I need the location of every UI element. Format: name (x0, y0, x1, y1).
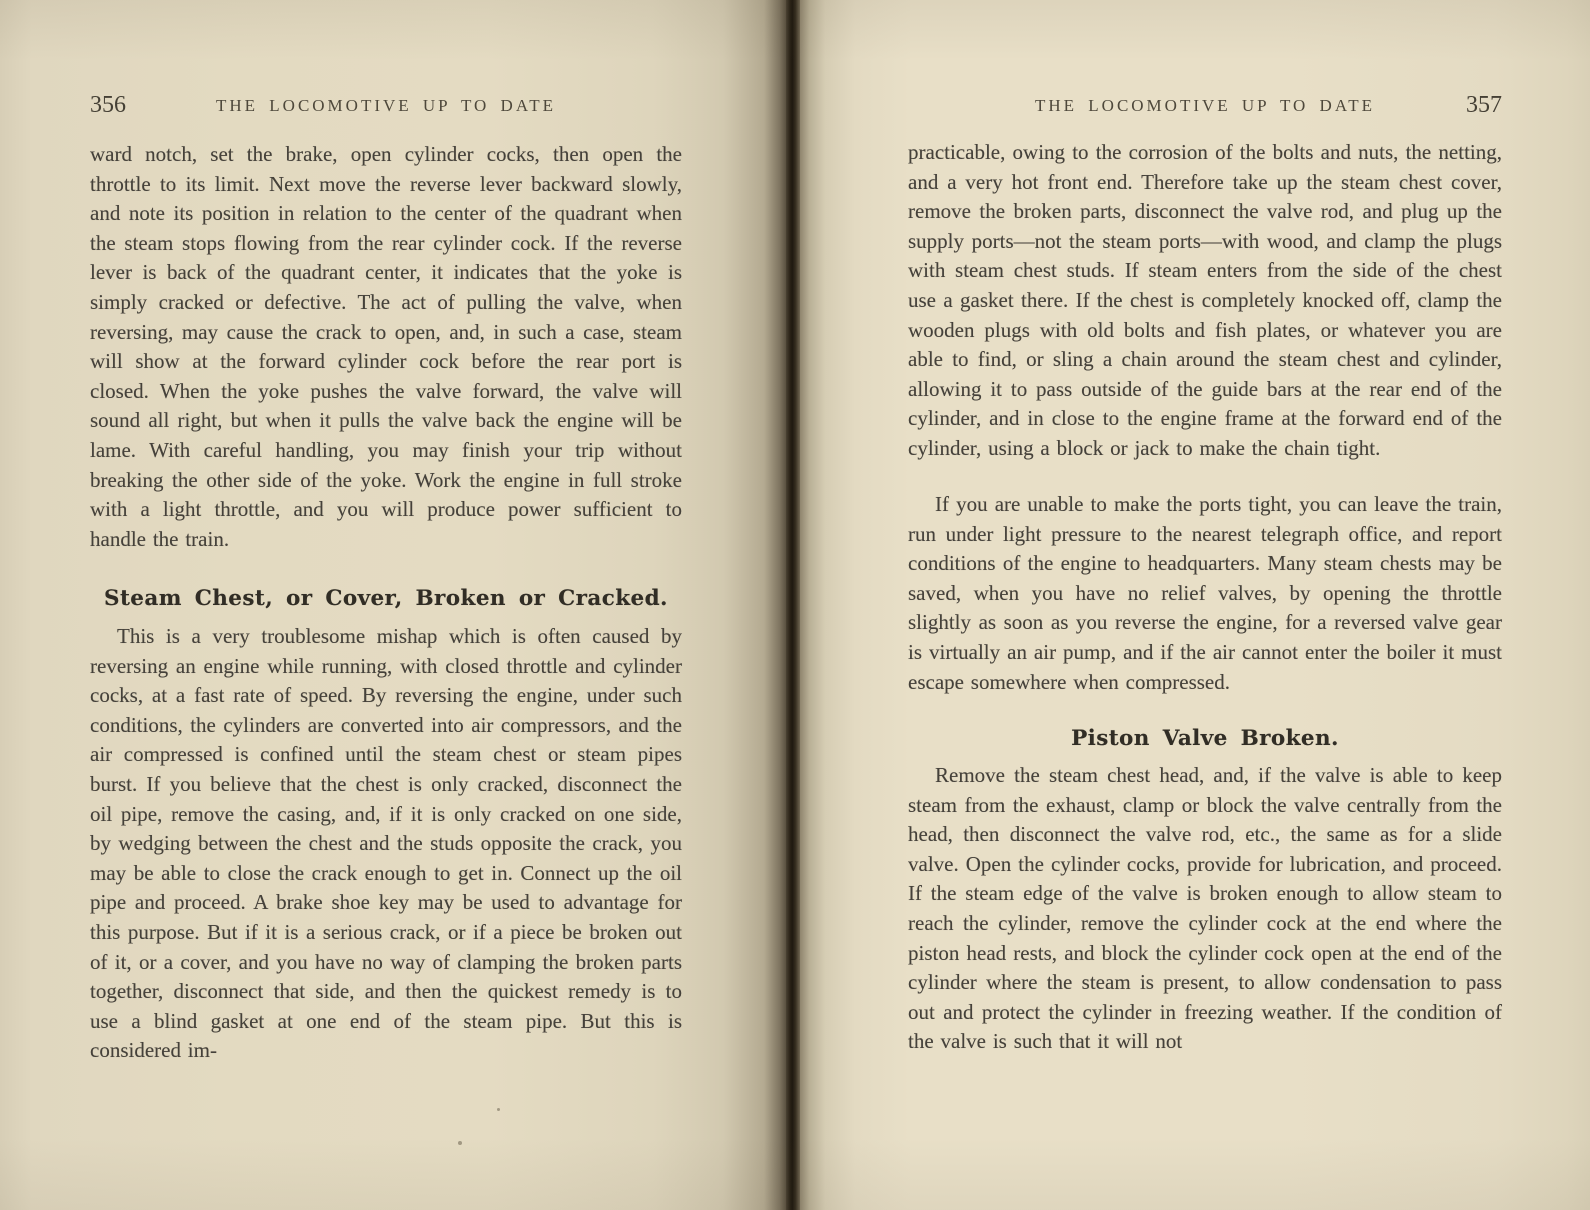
left-page: 356 THE LOCOMOTIVE UP TO DATE ward notch… (0, 0, 786, 1210)
paper-speck (458, 1141, 462, 1145)
right-page: THE LOCOMOTIVE UP TO DATE 357 practicabl… (800, 0, 1590, 1210)
left-paragraph-steam-chest: This is a very troublesome mishap which … (90, 622, 682, 1066)
right-paragraph-continuation: practicable, owing to the corrosion of t… (908, 138, 1502, 464)
left-section-heading: Steam Chest, or Cover, Broken or Cracked… (90, 586, 682, 611)
right-paragraph-piston-valve: Remove the steam chest head, and, if the… (908, 761, 1502, 1057)
book-binding-gutter (786, 0, 800, 1210)
book-spread: 356 THE LOCOMOTIVE UP TO DATE ward notch… (0, 0, 1590, 1210)
right-paragraph-ports: If you are unable to make the ports tigh… (908, 490, 1502, 697)
right-section-heading: Piston Valve Broken. (908, 726, 1502, 751)
right-page-header: THE LOCOMOTIVE UP TO DATE 357 (908, 92, 1502, 122)
paper-speck (497, 1108, 500, 1111)
right-page-number: 357 (1466, 92, 1502, 119)
left-page-header: 356 THE LOCOMOTIVE UP TO DATE (90, 92, 682, 122)
left-paragraph-continuation: ward notch, set the brake, open cylinder… (90, 140, 682, 554)
left-running-title: THE LOCOMOTIVE UP TO DATE (90, 92, 682, 116)
left-page-number: 356 (90, 92, 126, 119)
right-running-title: THE LOCOMOTIVE UP TO DATE (908, 92, 1502, 116)
